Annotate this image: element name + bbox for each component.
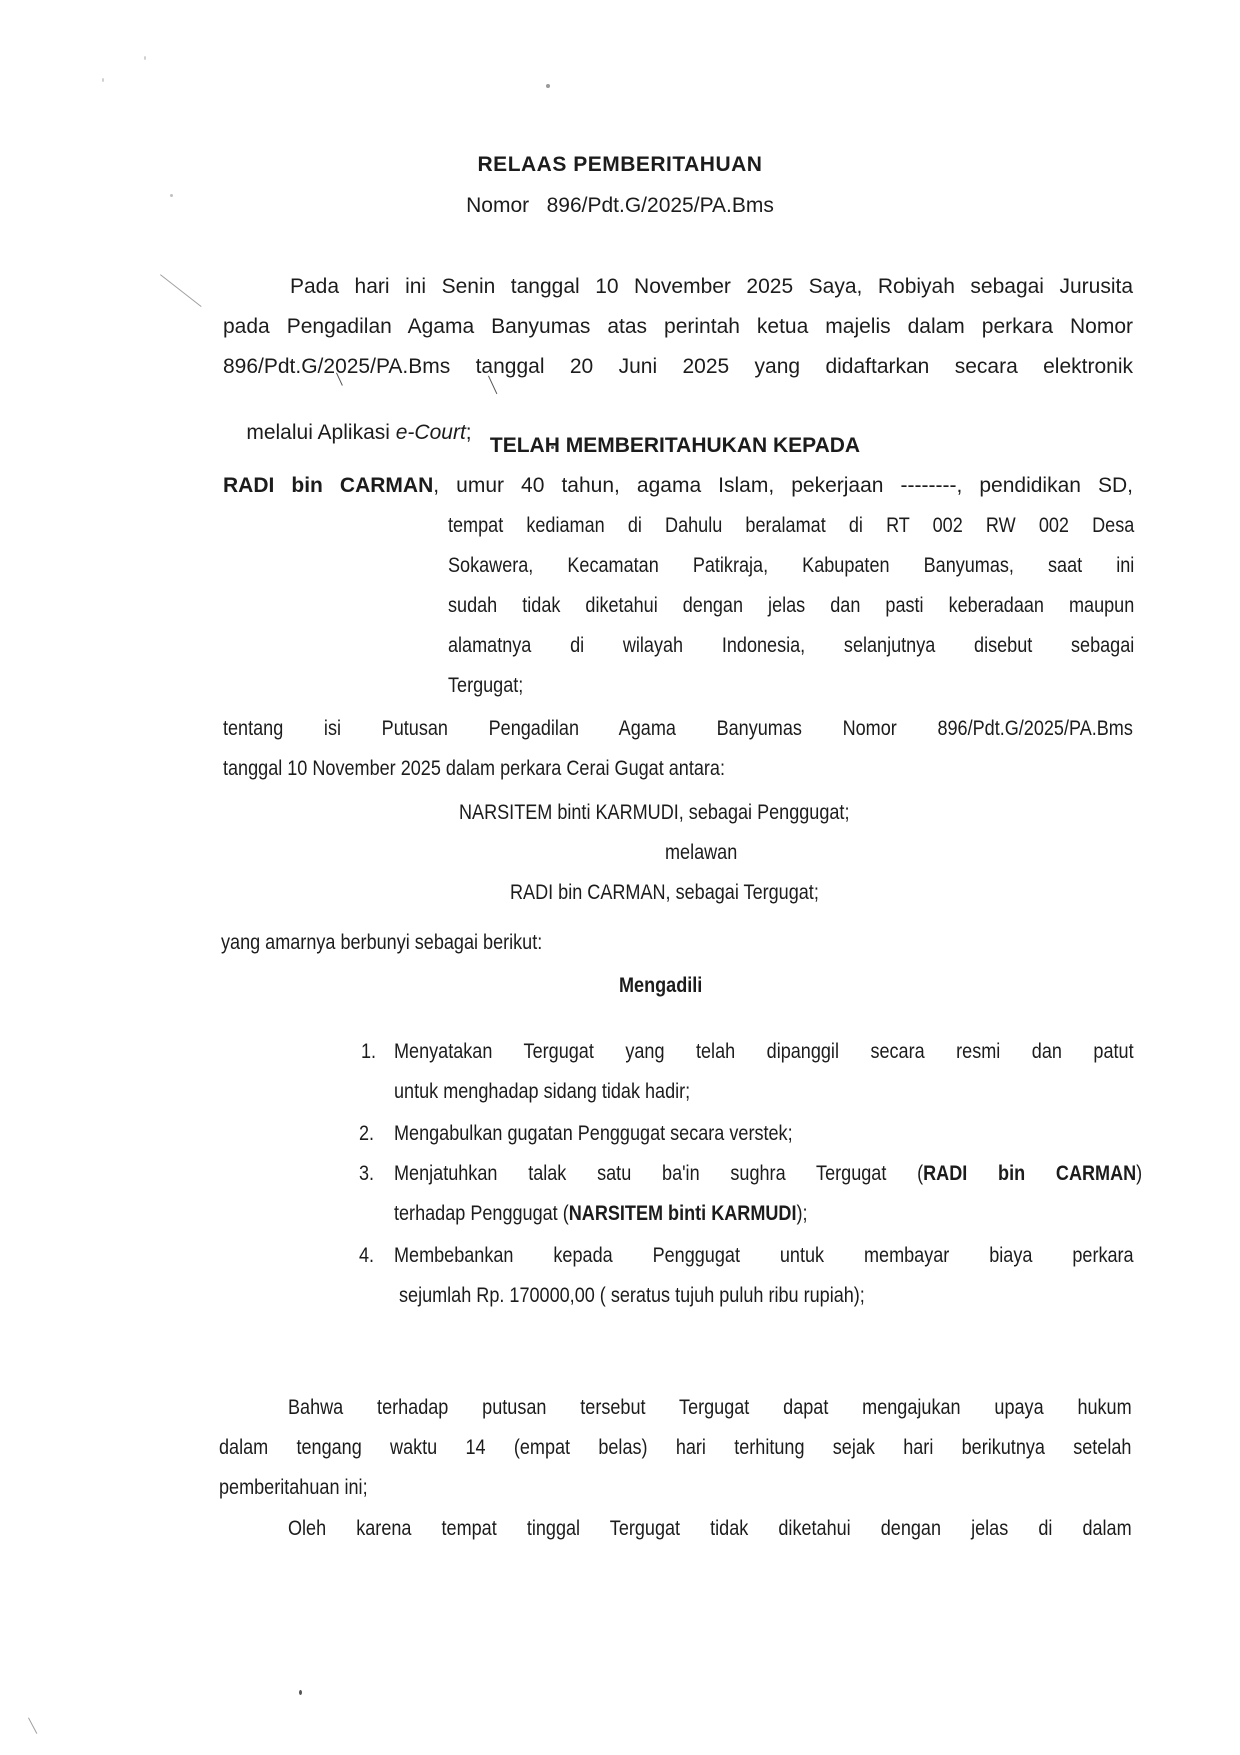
recipient-line-1: RADI bin CARMAN, umur 40 tahun, agama Is… bbox=[223, 473, 1133, 499]
appeal-line-2: dalam tengang waktu 14 (empat belas) har… bbox=[219, 1435, 1131, 1461]
recipient-address-4: alamatnya di wilayah Indonesia, selanjut… bbox=[448, 633, 1134, 659]
verdict-item-3-suffix: ) bbox=[1136, 1162, 1142, 1185]
verdict-item-4-line-1: Membebankan kepada Penggugat untuk memba… bbox=[394, 1243, 1134, 1269]
scan-mark bbox=[160, 274, 202, 307]
verdict-item-1-number: 1. bbox=[361, 1039, 376, 1065]
versus-label: melawan bbox=[665, 840, 737, 866]
verdict-item-4-number: 4. bbox=[359, 1243, 374, 1269]
amar-intro: yang amarnya berbunyi sebagai berikut: bbox=[221, 930, 542, 956]
verdict-item-2-line-1: Mengabulkan gugatan Penggugat secara ver… bbox=[394, 1121, 793, 1147]
scan-speck bbox=[299, 1690, 302, 1695]
opening-line-2: pada Pengadilan Agama Banyumas atas peri… bbox=[223, 314, 1133, 340]
closing-line: Oleh karena tempat tinggal Tergugat tida… bbox=[288, 1516, 1132, 1542]
verdict-item-3-prefix: Menjatuhkan talak satu ba'in sughra Terg… bbox=[394, 1162, 923, 1185]
verdict-item-3-number: 3. bbox=[359, 1161, 374, 1187]
verdict-item-3-line-2-prefix: terhadap Penggugat ( bbox=[394, 1202, 569, 1225]
plaintiff-name-bold: NARSITEM binti KARMUDI bbox=[569, 1202, 797, 1225]
recipient-address-1: tempat kediaman di Dahulu beralamat di R… bbox=[448, 513, 1134, 539]
document-page: RELAAS PEMBERITAHUAN Nomor 896/Pdt.G/202… bbox=[0, 0, 1240, 1755]
plaintiff-line: NARSITEM binti KARMUDI, sebagai Pengguga… bbox=[459, 800, 849, 826]
decision-intro-line-2: tanggal 10 November 2025 dalam perkara C… bbox=[223, 756, 725, 782]
scan-speck bbox=[144, 56, 146, 60]
defendant-line: RADI bin CARMAN, sebagai Tergugat; bbox=[510, 880, 819, 906]
verdict-item-1-line-1: Menyatakan Tergugat yang telah dipanggil… bbox=[394, 1039, 1134, 1065]
notice-heading: TELAH MEMBERITAHUKAN KEPADA bbox=[440, 433, 910, 459]
verdict-item-2-number: 2. bbox=[359, 1121, 374, 1147]
appeal-line-3: pemberitahuan ini; bbox=[219, 1475, 368, 1501]
decision-intro-line-1: tentang isi Putusan Pengadilan Agama Ban… bbox=[223, 716, 1133, 742]
recipient-name: RADI bin CARMAN bbox=[223, 474, 433, 497]
recipient-details: , umur 40 tahun, agama Islam, pekerjaan … bbox=[433, 474, 1133, 497]
opening-line-4: melalui Aplikasi e-Court; bbox=[223, 394, 472, 472]
recipient-address-3: sudah tidak diketahui dengan jelas dan p… bbox=[448, 593, 1134, 619]
scan-speck bbox=[546, 84, 550, 88]
scan-mark bbox=[28, 1718, 37, 1734]
verdict-item-3-line-2: terhadap Penggugat (NARSITEM binti KARMU… bbox=[394, 1201, 807, 1227]
document-title: RELAAS PEMBERITAHUAN bbox=[380, 152, 860, 178]
document-number: Nomor 896/Pdt.G/2025/PA.Bms bbox=[380, 193, 860, 219]
verdict-item-4-line-2: sejumlah Rp. 170000,00 ( seratus tujuh p… bbox=[399, 1283, 865, 1309]
recipient-address-5: Tergugat; bbox=[448, 673, 523, 699]
verdict-heading: Mengadili bbox=[619, 973, 702, 999]
recipient-address-2: Sokawera, Kecamatan Patikraja, Kabupaten… bbox=[448, 553, 1134, 579]
verdict-item-3-line-2-suffix: ); bbox=[796, 1202, 807, 1225]
verdict-item-3-line-1: Menjatuhkan talak satu ba'in sughra Terg… bbox=[394, 1161, 1142, 1187]
opening-line-3: 896/Pdt.G/2025/PA.Bms tanggal 20 Juni 20… bbox=[223, 354, 1133, 380]
opening-line-4-prefix: melalui Aplikasi bbox=[246, 421, 395, 444]
defendant-name-bold: RADI bin CARMAN bbox=[923, 1162, 1136, 1185]
opening-line-1: Pada hari ini Senin tanggal 10 November … bbox=[290, 274, 1133, 300]
appeal-line-1: Bahwa terhadap putusan tersebut Tergugat… bbox=[288, 1395, 1132, 1421]
verdict-item-1-line-2: untuk menghadap sidang tidak hadir; bbox=[394, 1079, 690, 1105]
scan-speck bbox=[102, 78, 104, 82]
scan-speck bbox=[170, 194, 173, 197]
